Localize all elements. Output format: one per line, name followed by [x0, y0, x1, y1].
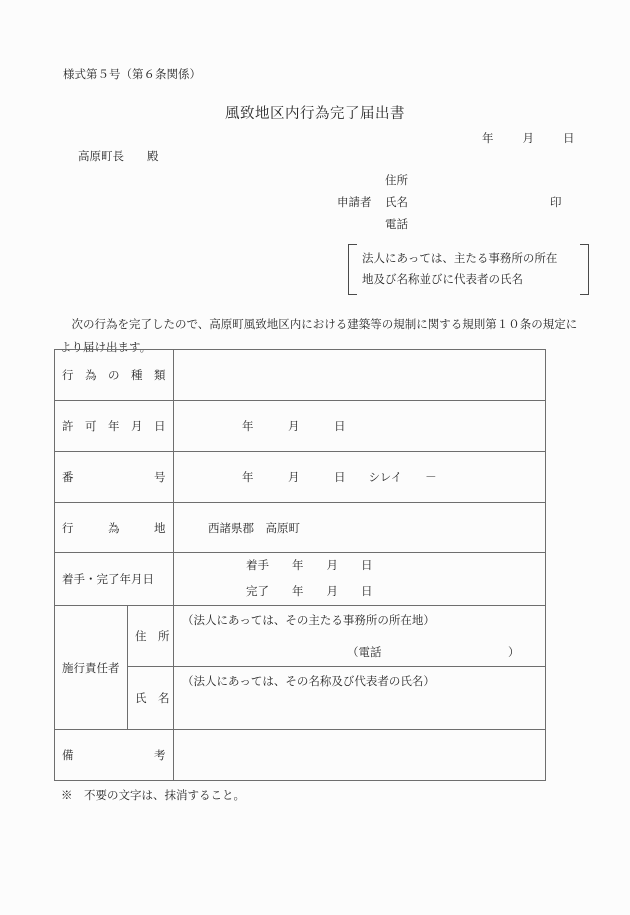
date-line: 年 月 日: [482, 130, 575, 146]
dates-value: 着手 年 月 日 完了 年 月 日: [174, 553, 546, 606]
seal-mark: 印: [550, 194, 562, 210]
addressee-honorific: 殿: [147, 148, 159, 164]
table-row: 行 為 地 西諸県郡 高原町: [55, 503, 546, 553]
document-page: 様式第５号（第６条関係） 風致地区内行為完了届出書 年 月 日 高原町長 殿 住…: [0, 0, 630, 915]
responsible-address-value: （法人にあっては、その主たる事務所の所在地） （電話 ）: [174, 606, 546, 667]
remarks-label: 備 考: [55, 730, 174, 781]
address-phone-line: （電話 ）: [347, 644, 537, 660]
table-row: 番 号 年 月 日 シレイ －: [55, 452, 546, 503]
corporate-note-line1: 法人にあっては、主たる事務所の所在: [362, 249, 557, 270]
bracket-left-icon: [348, 244, 357, 295]
number-value: 年 月 日 シレイ －: [174, 452, 546, 503]
date-day-label: 日: [563, 130, 575, 146]
page-title: 風致地区内行為完了届出書: [0, 102, 630, 123]
applicant-phone-label: 電話: [385, 216, 408, 232]
addressee: 高原町長: [78, 148, 124, 164]
responsible-address-label: 住 所: [128, 606, 174, 667]
responsible-name-label: 氏 名: [128, 667, 174, 730]
responsible-label: 施行責任者: [55, 606, 128, 730]
end-date-line: 完了 年 月 日: [246, 579, 545, 605]
body-paragraph-line1: 次の行為を完了したので、高原町風致地区内における建築等の規制に関する規則第１０条…: [60, 314, 577, 337]
dates-label: 着手・完了年月日: [55, 553, 174, 606]
completion-table: 行 為 の 種 類 許 可 年 月 日 年 月 日 番 号 年 月 日 シレイ …: [54, 349, 546, 781]
permit-date-value: 年 月 日: [174, 401, 546, 452]
form-number: 様式第５号（第６条関係）: [63, 66, 201, 82]
address-corporate-note: （法人にあっては、その主たる事務所の所在地）: [182, 612, 537, 628]
table-row: 行 為 の 種 類: [55, 350, 546, 401]
corporate-note: 法人にあっては、主たる事務所の所在 地及び名称並びに代表者の氏名: [348, 244, 589, 295]
responsible-name-value: （法人にあっては、その名称及び代表者の氏名）: [174, 667, 546, 730]
start-date-line: 着手 年 月 日: [246, 553, 545, 579]
bracket-right-icon: [580, 244, 589, 295]
kind-value: [174, 350, 546, 401]
date-year-label: 年: [482, 130, 494, 146]
site-label: 行 為 地: [55, 503, 174, 553]
remarks-value: [174, 730, 546, 781]
applicant-name-label: 氏名: [385, 194, 408, 210]
site-value: 西諸県郡 高原町: [174, 503, 546, 553]
table-row: 着手・完了年月日 着手 年 月 日 完了 年 月 日: [55, 553, 546, 606]
addressee-line: 高原町長 殿: [78, 148, 159, 164]
table-row: 備 考: [55, 730, 546, 781]
date-month-label: 月: [523, 130, 535, 146]
table-row: 氏 名 （法人にあっては、その名称及び代表者の氏名）: [55, 667, 546, 730]
table-row: 施行責任者 住 所 （法人にあっては、その主たる事務所の所在地） （電話 ）: [55, 606, 546, 667]
applicant-label: 申請者: [337, 194, 372, 210]
footnote: ※ 不要の文字は、抹消すること。: [61, 787, 245, 803]
corporate-note-line2: 地及び名称並びに代表者の氏名: [362, 270, 557, 291]
number-label: 番 号: [55, 452, 174, 503]
kind-label: 行 為 の 種 類: [55, 350, 174, 401]
name-corporate-note: （法人にあっては、その名称及び代表者の氏名）: [182, 673, 537, 689]
permit-date-label: 許 可 年 月 日: [55, 401, 174, 452]
applicant-address-label: 住所: [385, 172, 408, 188]
table-row: 許 可 年 月 日 年 月 日: [55, 401, 546, 452]
